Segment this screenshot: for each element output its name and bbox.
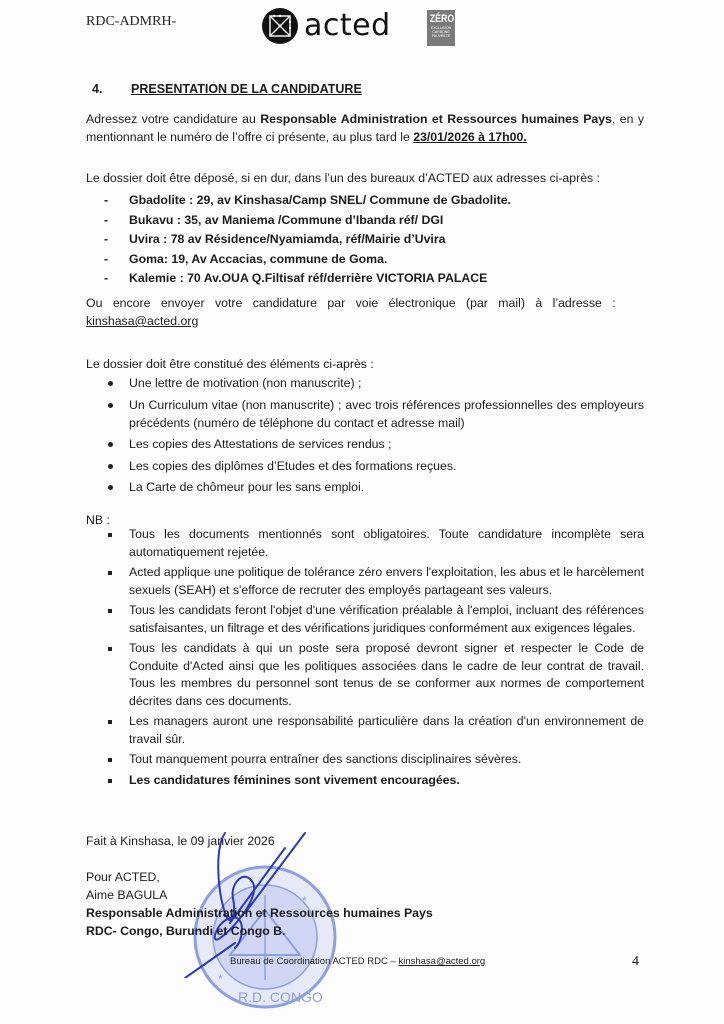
- section-number: 4.: [92, 82, 102, 96]
- document-item: Les copies des Attestations de services …: [104, 435, 644, 453]
- note-item-highlight: Les candidatures féminines sont vivement…: [104, 772, 644, 790]
- office-item: Bukavu : 35, av Maniema /Commune d’Iband…: [104, 211, 644, 231]
- office-item: Uvira : 78 av Résidence/Nyamiamda, réf/M…: [104, 230, 644, 250]
- page-number: 4: [632, 954, 639, 970]
- notes-list: Tous les documents mentionnés sont oblig…: [104, 526, 644, 792]
- acted-logo-text: acted: [304, 8, 391, 44]
- office-item: Goma: 19, Av Accacias, commune de Goma.: [104, 250, 644, 270]
- notes-label: NB :: [86, 513, 110, 527]
- documents-list: Une lettre de motivation (non manuscrite…: [104, 374, 644, 500]
- intro-recipient: Responsable Administration et Ressources…: [260, 112, 612, 126]
- office-item: Gbadolite : 29, av Kinshasa/Camp SNEL/ C…: [104, 191, 644, 211]
- signatory-name: Aime BAGULA: [86, 886, 433, 904]
- place-date: Fait à Kinshasa, le 09 janvier 2026: [86, 832, 433, 850]
- zero-badge-title: ZÉRO: [430, 13, 452, 26]
- section-title: PRESENTATION DE LA CANDIDATURE: [131, 82, 362, 96]
- footer-email-link[interactable]: kinshasa@acted.org: [398, 956, 485, 967]
- note-item: Tous les documents mentionnés sont oblig…: [104, 526, 644, 561]
- note-item: Tous les candidats à qui un poste sera p…: [104, 640, 644, 710]
- note-item: Tous les candidats feront l'objet d'une …: [104, 602, 644, 637]
- footer-text: Bureau de Coordination ACTED RDC –: [230, 956, 398, 967]
- svg-text:*: *: [218, 972, 223, 986]
- email-submission-text: Ou encore envoyer votre candidature par …: [86, 294, 644, 312]
- office-item: Kalemie : 70 Av.OUA Q.Filtisaf réf/derri…: [104, 269, 644, 289]
- email-link[interactable]: kinshasa@acted.org: [86, 314, 198, 328]
- document-item: Une lettre de motivation (non manuscrite…: [104, 374, 644, 392]
- document-item: La Carte de chômeur pour les sans emploi…: [104, 478, 644, 496]
- intro-text: Adressez votre candidature au: [86, 112, 260, 126]
- zero-badge: ZÉRO EXCLUSION CARBONE PAUVRETÉ: [427, 10, 455, 46]
- document-item: Un Curriculum vitae (non manuscrite) ; a…: [104, 396, 644, 432]
- document-item: Les copies des diplômes d’Etudes et des …: [104, 457, 644, 475]
- signature-block: Fait à Kinshasa, le 09 janvier 2026 Pour…: [86, 832, 433, 940]
- page-footer: Bureau de Coordination ACTED RDC – kinsh…: [230, 956, 485, 967]
- zero-badge-subtitle: EXCLUSION CARBONE PAUVRETÉ: [427, 26, 455, 38]
- signatory-title: Responsable Administration et Ressources…: [86, 904, 433, 922]
- intro-paragraph: Adressez votre candidature au Responsabl…: [86, 110, 644, 146]
- note-item: Les managers auront une responsabilité p…: [104, 713, 644, 748]
- email-submission-paragraph: Ou encore envoyer votre candidature par …: [86, 294, 644, 330]
- signatory-for: Pour ACTED,: [86, 868, 433, 886]
- offices-intro: Le dossier doit être déposé, si en dur, …: [86, 169, 644, 187]
- stamp-text: R.D. CONGO: [238, 989, 323, 1005]
- documents-intro: Le dossier doit être constitué des éléme…: [86, 355, 644, 373]
- acted-logo: acted: [262, 8, 391, 44]
- document-reference: RDC-ADMRH-: [86, 14, 176, 30]
- email-submission-sentence: Ou encore envoyer votre candidature par …: [86, 294, 616, 312]
- signatory-region: RDC- Congo, Burundi et Congo B.: [86, 922, 433, 940]
- note-item: Tout manquement pourra entraîner des san…: [104, 751, 644, 769]
- office-list: Gbadolite : 29, av Kinshasa/Camp SNEL/ C…: [104, 191, 644, 289]
- note-item: Acted applique une politique de toléranc…: [104, 564, 644, 599]
- deadline: 23/01/2026 à 17h00.: [413, 130, 527, 144]
- acted-logo-icon: [262, 8, 298, 44]
